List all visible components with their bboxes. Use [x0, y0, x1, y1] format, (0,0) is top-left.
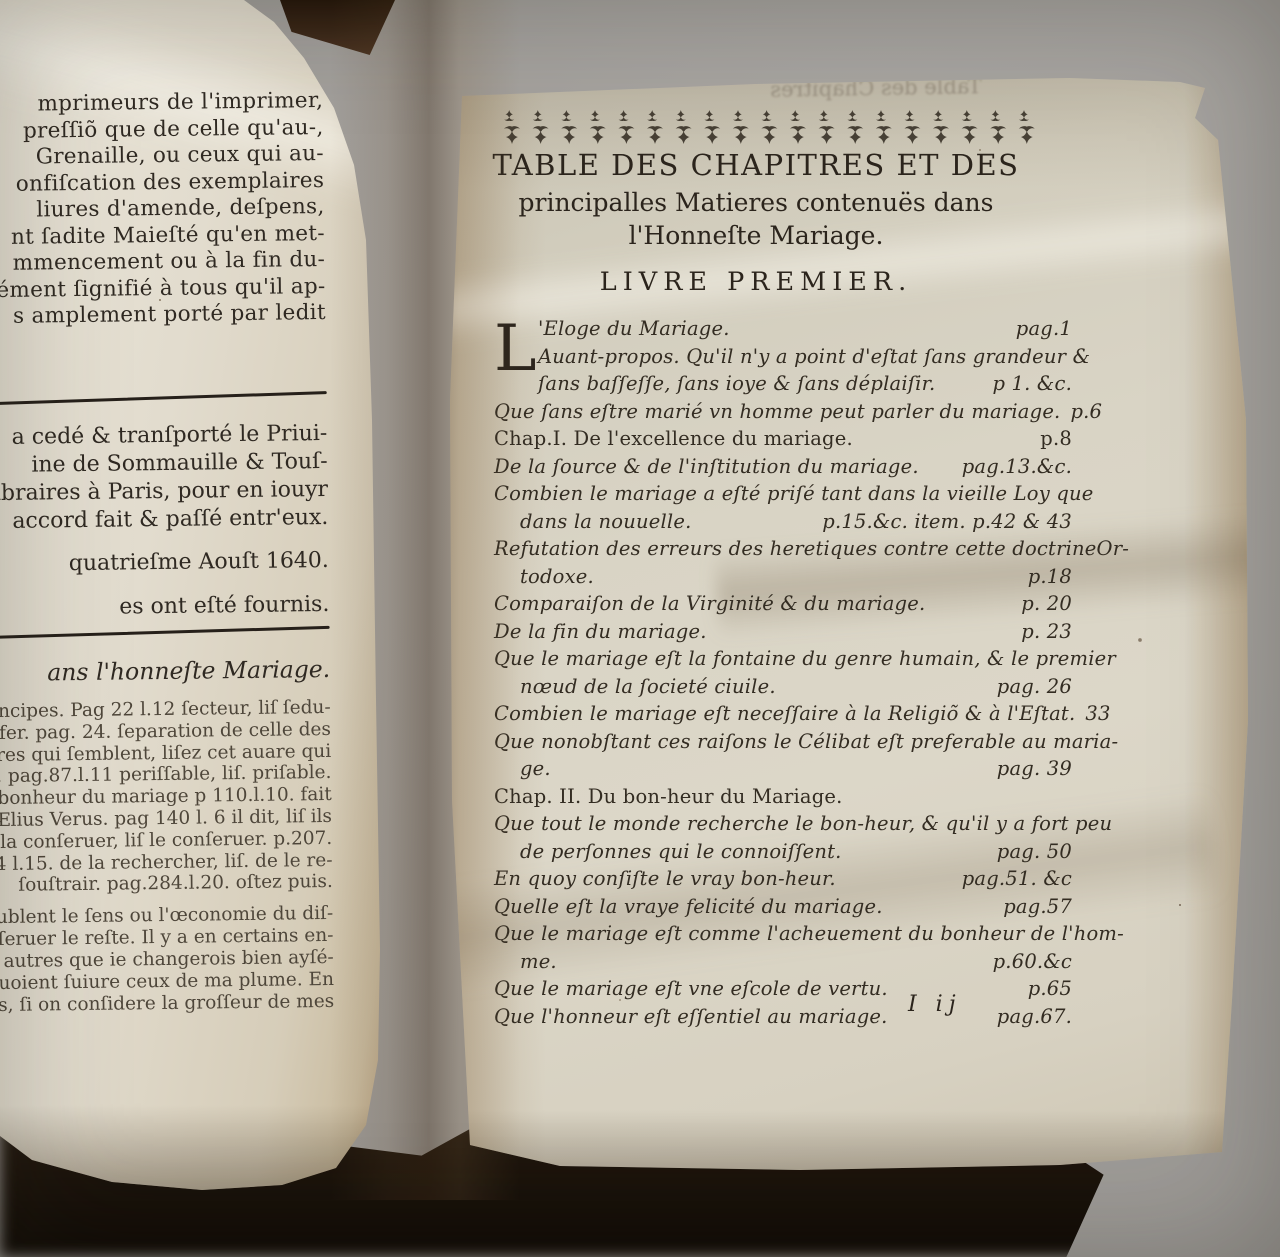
toc-entry: Refutation des erreurs des heretiques co… — [494, 535, 1072, 590]
date-line: quatrieſme Aouſt 1640. — [0, 548, 329, 579]
entry-text: de perſonnes qui le connoiſſent. — [520, 838, 842, 866]
toc-entry-line: De la ſource & de l'inſtitution du maria… — [494, 453, 1072, 481]
entry-text: Que l'honneur eſt eſſentiel au mariage. — [494, 1003, 888, 1031]
entry-page-number: pag. 39 — [987, 755, 1072, 783]
entry-text: Chap. II. Du bon-heur du Mariage. — [494, 783, 843, 811]
livre-premier-heading: LIVRE PREMIER. — [456, 267, 1056, 297]
entry-page-number: pag. 26 — [987, 673, 1072, 701]
entry-page-number: p.8 — [1030, 425, 1072, 453]
toc-entry-line: Que tout le monde recherche le bon-heur,… — [494, 810, 1072, 838]
entry-page-number: p.6 — [1060, 398, 1102, 426]
entry-page-number: pag.67. — [987, 1003, 1072, 1031]
toc-entry: En quoy conſiſte le vray bon-heur.pag.51… — [494, 865, 1072, 893]
toc-entry: Combien le mariage a eſté priſé tant dan… — [494, 480, 1072, 535]
toc-entry: Que le mariage eſt vne eſcole de vertu.p… — [494, 975, 1072, 1003]
toc-entry-line: Refutation des erreurs des heretiques co… — [494, 535, 1072, 563]
toc-entry-line: ge.pag. 39 — [494, 755, 1072, 783]
entry-text: Que nonobſtant ces raiſons le Célibat eſ… — [494, 728, 1118, 756]
dropcap-block: L'Eloge du Mariage.pag.1Auant-propos. Qu… — [494, 315, 1072, 398]
toc-entry-line: Combien le mariage eſt neceſſaire à la R… — [494, 700, 1072, 728]
entry-page-number: p. 23 — [1011, 618, 1072, 646]
toc-entry: Que le mariage eſt comme l'acheuement du… — [494, 920, 1072, 975]
entry-text: Quelle eſt la vraye felicité du mariage. — [494, 893, 883, 921]
entry-page-number: pag.51. &c — [952, 865, 1072, 893]
text-line: accord fait & paſſé entr'eux. — [0, 504, 328, 538]
toc-entry-line: Quelle eſt la vraye felicité du mariage.… — [494, 893, 1072, 921]
printers-rule — [0, 626, 330, 643]
entry-text: Que le mariage eſt comme l'acheuement du… — [494, 920, 1124, 948]
privilege-paragraph: mprimeurs de l'imprimer,preſſiõ que de c… — [0, 88, 326, 332]
text-line: ſouſtrair. pag.284.l.20. oſtez puis. — [0, 871, 333, 899]
text-line: s amplement porté par ledit — [0, 300, 326, 332]
fournis-line: es ont eſté fournis. — [0, 592, 330, 623]
toc-entry-line: Que nonobſtant ces raiſons le Célibat eſ… — [494, 728, 1072, 756]
entry-page-number: pag.13.&c. — [952, 453, 1072, 481]
toc-entry-line: Que le mariage eſt vne eſcole de vertu.p… — [494, 975, 1072, 1003]
entry-text: Comparaiſon de la Virginité & du mariage… — [494, 590, 925, 618]
toc-entry-line: Auant-propos. Qu'il n'y a point d'eſtat … — [538, 343, 1072, 371]
toc-entry: Que ſans eſtre marié vn homme peut parle… — [494, 398, 1072, 426]
entry-text: dans la nouuelle. — [520, 508, 692, 536]
toc-entry: Que le mariage eſt la fontaine du genre … — [494, 645, 1072, 700]
entry-text: Refutation des erreurs des heretiques co… — [494, 535, 1129, 563]
entry-text: nœud de la ſocieté ciuile. — [520, 673, 776, 701]
toc-entry-line: nœud de la ſocieté ciuile.pag. 26 — [494, 673, 1072, 701]
entry-text: ge. — [520, 755, 551, 783]
toc-entry-line: Que l'honneur eſt eſſentiel au mariage.p… — [494, 1003, 1072, 1031]
photo-of-open-book: mprimeurs de l'imprimer,preſſiõ que de c… — [0, 0, 1280, 1257]
entry-text: Que ſans eſtre marié vn homme peut parle… — [494, 398, 1060, 426]
entry-text: 'Eloge du Mariage. — [538, 315, 730, 343]
errata-heading: ans l'honneſte Mariage. — [0, 655, 330, 689]
toc-entry-line: de perſonnes qui le connoiſſent.pag. 50 — [494, 838, 1072, 866]
cession-paragraph: a cedé & tranſporté le Priui-ine de Somm… — [0, 420, 328, 538]
toc-entry-line: Chap. II. Du bon-heur du Mariage. — [494, 783, 1072, 811]
toc-entry-line: Que le mariage eſt la fontaine du genre … — [494, 645, 1072, 673]
toc-entry-line: En quoy conſiſte le vray bon-heur.pag.51… — [494, 865, 1072, 893]
toc-entry-line: 'Eloge du Mariage.pag.1 — [538, 315, 1072, 343]
toc-entry: Que tout le monde recherche le bon-heur,… — [494, 810, 1072, 865]
entry-text: todoxe. — [520, 563, 594, 591]
entry-page-number: 33 — [1075, 700, 1110, 728]
entry-text: Combien le mariage a eſté priſé tant dan… — [494, 480, 1094, 508]
entry-text: De la fin du mariage. — [494, 618, 707, 646]
entry-text: Chap.I. De l'excellence du mariage. — [494, 425, 853, 453]
toc-entries: L'Eloge du Mariage.pag.1Auant-propos. Qu… — [494, 315, 1072, 1030]
toc-entry-line: todoxe.p.18 — [494, 563, 1072, 591]
entry-page-number: p.18 — [1018, 563, 1072, 591]
toc-entry: Quelle eſt la vraye felicité du mariage.… — [494, 893, 1072, 921]
toc-entry: 'Eloge du Mariage.pag.1 — [538, 315, 1072, 343]
toc-entry-line: De la fin du mariage.p. 23 — [494, 618, 1072, 646]
toc-entry-line: Que le mariage eſt comme l'acheuement du… — [494, 920, 1072, 948]
toc-entry: Combien le mariage eſt neceſſaire à la R… — [494, 700, 1072, 728]
entry-page-number: pag. 50 — [987, 838, 1072, 866]
left-page: mprimeurs de l'imprimer,preſſiõ que de c… — [0, 0, 400, 1195]
toc-entry-line: Comparaiſon de la Virginité & du mariage… — [494, 590, 1072, 618]
signature-mark: I ij — [908, 992, 962, 1017]
toc-entry-line: ſans baſſeſſe, ſans ioye & ſans déplaiſi… — [538, 370, 1072, 398]
entry-page-number: pag.57 — [993, 893, 1072, 921]
entry-page-number: p.60.&c — [983, 948, 1072, 976]
toc-entry-line: Que ſans eſtre marié vn homme peut parle… — [494, 398, 1072, 426]
entry-page-number: pag.1 — [1006, 315, 1072, 343]
entry-text: De la ſource & de l'inſtitution du maria… — [494, 453, 919, 481]
entry-text: Auant-propos. Qu'il n'y a point d'eſtat … — [538, 343, 1090, 371]
toc-entry-line: Chap.I. De l'excellence du mariage.p.8 — [494, 425, 1072, 453]
errata-list: es Principes. Pag 22 l.12 ſecteur, liſ ſ… — [0, 697, 333, 899]
table-title-line-1: TABLE DES CHAPITRES ET DES — [456, 148, 1056, 182]
text-line: s defauts, ſi on conſidere la groſſeur d… — [0, 991, 334, 1019]
entry-page-number: p.65 — [1018, 975, 1072, 1003]
entry-page-number: p.15.&c. item. p.42 & 43 — [812, 508, 1072, 536]
toc-entry-line: me.p.60.&c — [494, 948, 1072, 976]
toc-entry: Chap.I. De l'excellence du mariage.p.8 — [494, 425, 1072, 453]
toc-entry-line: dans la nouuelle.p.15.&c. item. p.42 & 4… — [494, 508, 1072, 536]
entry-text: ſans baſſeſſe, ſans ioye & ſans déplaiſi… — [538, 370, 935, 398]
entry-text: Que tout le monde recherche le bon-heur,… — [494, 810, 1112, 838]
entry-text: En quoy conſiſte le vray bon-heur. — [494, 865, 836, 893]
toc-entry: Auant-propos. Qu'il n'y a point d'eſtat … — [538, 343, 1072, 398]
right-page: Table des Chapitres TABLE DES CHAPITRES … — [436, 60, 1256, 1180]
entry-text: Combien le mariage eſt neceſſaire à la R… — [494, 700, 1075, 728]
printers-rule — [0, 391, 327, 409]
author-note: ui troublent le ſens ou l'œconomie du di… — [0, 903, 334, 1019]
toc-entry-line: Combien le mariage a eſté priſé tant dan… — [494, 480, 1072, 508]
fleuron-ornament-band — [498, 110, 1043, 146]
toc-entry: De la fin du mariage.p. 23 — [494, 618, 1072, 646]
entry-text: me. — [520, 948, 557, 976]
entry-text: Que le mariage eſt la fontaine du genre … — [494, 645, 1116, 673]
toc-entry: De la ſource & de l'inſtitution du maria… — [494, 453, 1072, 481]
entry-page-number: p. 20 — [1011, 590, 1072, 618]
table-title-line-3: l'Honneſte Mariage. — [456, 221, 1056, 250]
toc-entry: Que nonobſtant ces raiſons le Célibat eſ… — [494, 728, 1072, 783]
entry-page-number: p 1. &c. — [982, 370, 1072, 398]
toc-entry: Comparaiſon de la Virginité & du mariage… — [494, 590, 1072, 618]
toc-entry: Que l'honneur eſt eſſentiel au mariage.p… — [494, 1003, 1072, 1031]
entry-text: Que le mariage eſt vne eſcole de vertu. — [494, 975, 888, 1003]
table-title-line-2: principalles Matieres contenuës dans — [456, 188, 1056, 217]
drop-cap: L — [494, 321, 537, 379]
toc-entry: Chap. II. Du bon-heur du Mariage. — [494, 783, 1072, 811]
